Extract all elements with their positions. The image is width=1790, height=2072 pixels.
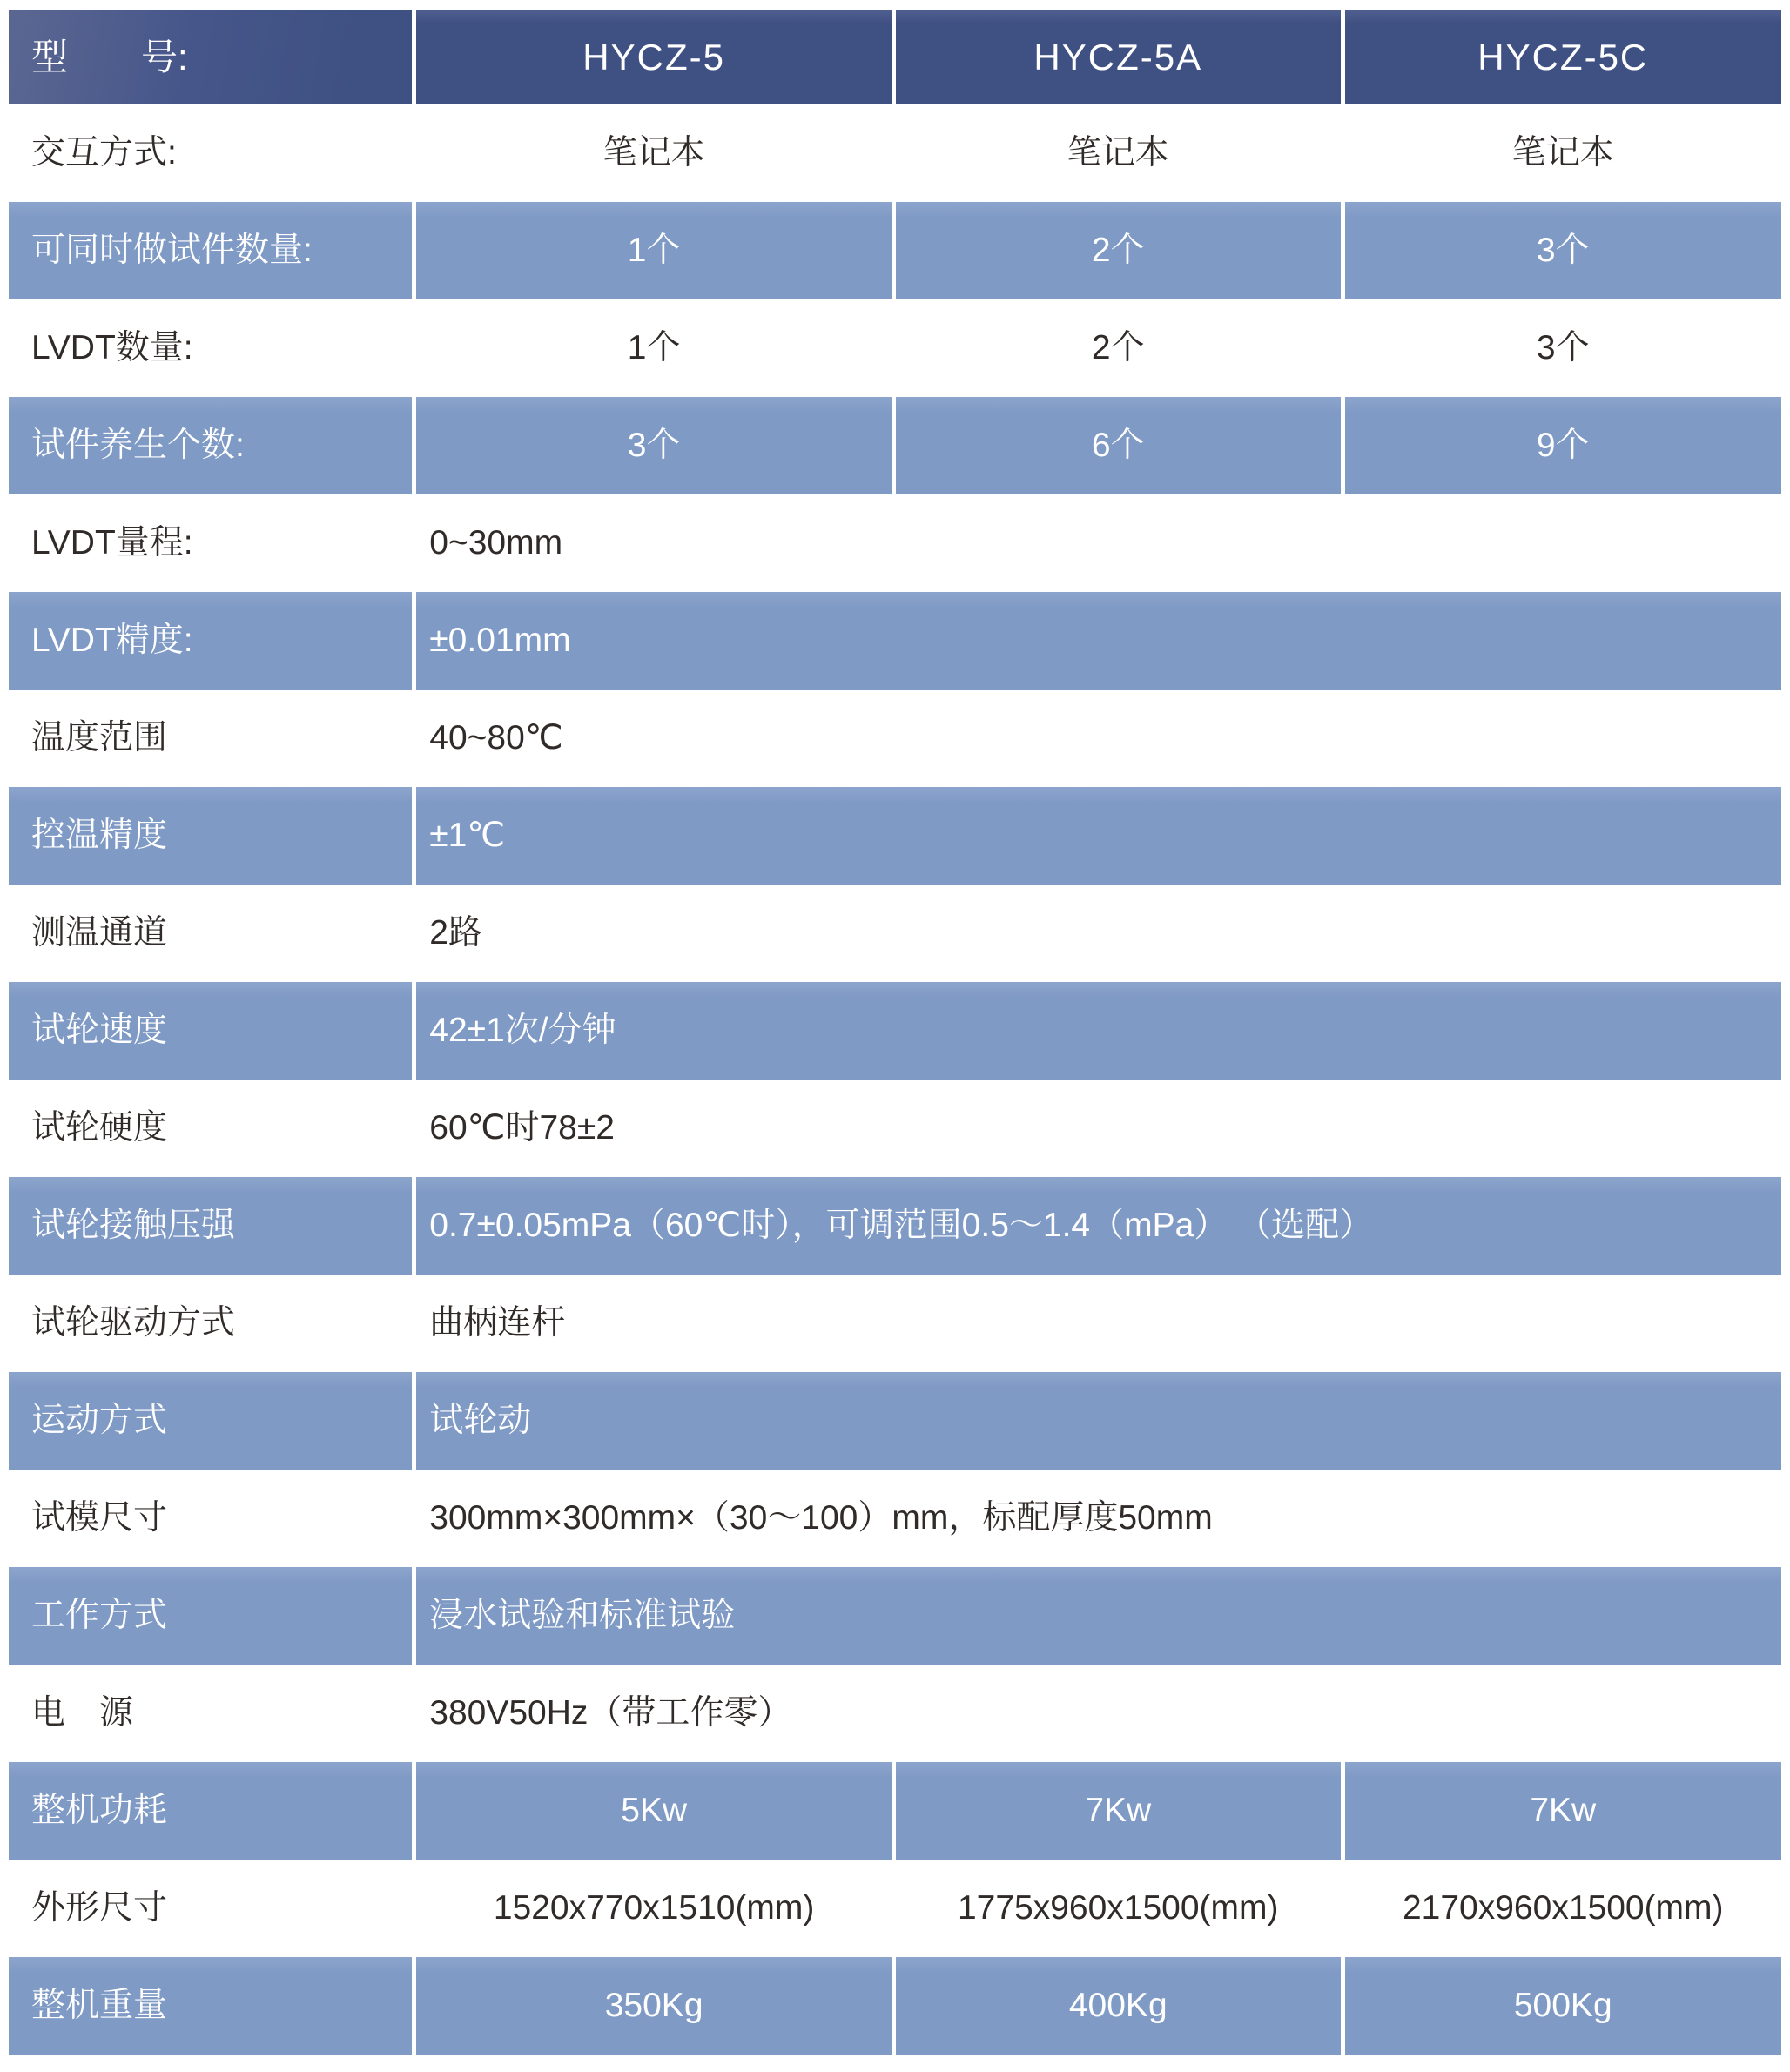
cell-value: 2170x960x1500(mm) [1345,1860,1781,1957]
spec-table: 型 号:HYCZ-5HYCZ-5AHYCZ-5C交互方式:笔记本笔记本笔记本可同… [9,10,1781,2055]
table-row: 工作方式浸水试验和标准试验 [9,1567,1781,1665]
table-row: 交互方式:笔记本笔记本笔记本 [9,104,1781,202]
cell-value: 0~30mm [416,494,1781,592]
table-row: 可同时做试件数量:1个2个3个 [9,202,1781,299]
cell-value: 300mm×300mm×（30～100）mm，标配厚度50mm [416,1470,1781,1567]
cell-value: 1520x770x1510(mm) [416,1860,892,1957]
cell-value: 40~80℃ [416,690,1781,787]
row-label: 可同时做试件数量: [9,202,412,299]
table-row: 整机重量350Kg400Kg500Kg [9,1957,1781,2055]
cell-value: ±1℃ [416,787,1781,885]
row-label: 试轮接触压强 [9,1177,412,1275]
table-row: 控温精度±1℃ [9,787,1781,885]
row-label: 运动方式 [9,1372,412,1470]
row-label: 工作方式 [9,1567,412,1665]
table-row: 整机功耗5Kw7Kw7Kw [9,1762,1781,1860]
row-label: 整机功耗 [9,1762,412,1860]
row-label: LVDT精度: [9,592,412,690]
cell-value: 曲柄连杆 [416,1275,1781,1372]
cell-value: 1775x960x1500(mm) [896,1860,1341,1957]
table-row: LVDT精度:±0.01mm [9,592,1781,690]
cell-value: 2路 [416,885,1781,982]
model-column-header: HYCZ-5C [1345,10,1781,104]
row-label: 交互方式: [9,104,412,202]
row-label: 测温通道 [9,885,412,982]
row-label: 试轮硬度 [9,1080,412,1177]
row-label: 试轮驱动方式 [9,1275,412,1372]
row-label: 控温精度 [9,787,412,885]
cell-value: 2个 [896,299,1341,397]
cell-value: 7Kw [1345,1762,1781,1860]
cell-value: 6个 [896,397,1341,494]
cell-value: 400Kg [896,1957,1341,2055]
table-row: 试件养生个数:3个6个9个 [9,397,1781,494]
cell-value: 380V50Hz（带工作零） [416,1665,1781,1762]
cell-value: 0.7±0.05mPa（60℃时），可调范围0.5～1.4（mPa） （选配） [416,1177,1781,1275]
cell-value: ±0.01mm [416,592,1781,690]
cell-value: 7Kw [896,1762,1341,1860]
model-row-label: 型 号: [9,10,412,104]
table-row: 运动方式试轮动 [9,1372,1781,1470]
table-row: 试轮接触压强0.7±0.05mPa（60℃时），可调范围0.5～1.4（mPa）… [9,1177,1781,1275]
row-label: LVDT量程: [9,494,412,592]
table-row: 温度范围40~80℃ [9,690,1781,787]
cell-value: 350Kg [416,1957,892,2055]
row-label: 电 源 [9,1665,412,1762]
cell-value: 3个 [416,397,892,494]
table-row: LVDT数量:1个2个3个 [9,299,1781,397]
cell-value: 3个 [1345,202,1781,299]
row-label: 外形尺寸 [9,1860,412,1957]
cell-value: 9个 [1345,397,1781,494]
table-row: 试轮硬度60℃时78±2 [9,1080,1781,1177]
cell-value: 笔记本 [416,104,892,202]
row-label: 试轮速度 [9,982,412,1080]
table-row: 电 源380V50Hz（带工作零） [9,1665,1781,1762]
table-row: 试轮速度42±1次/分钟 [9,982,1781,1080]
cell-value: 1个 [416,202,892,299]
model-column-header: HYCZ-5A [896,10,1341,104]
cell-value: 1个 [416,299,892,397]
row-label: LVDT数量: [9,299,412,397]
table-row: 试模尺寸300mm×300mm×（30～100）mm，标配厚度50mm [9,1470,1781,1567]
table-row: LVDT量程:0~30mm [9,494,1781,592]
row-label: 试模尺寸 [9,1470,412,1567]
cell-value: 5Kw [416,1762,892,1860]
row-label: 温度范围 [9,690,412,787]
cell-value: 试轮动 [416,1372,1781,1470]
model-column-header: HYCZ-5 [416,10,892,104]
table-row: 外形尺寸1520x770x1510(mm)1775x960x1500(mm)21… [9,1860,1781,1957]
cell-value: 笔记本 [1345,104,1781,202]
cell-value: 500Kg [1345,1957,1781,2055]
row-label: 整机重量 [9,1957,412,2055]
cell-value: 60℃时78±2 [416,1080,1781,1177]
table-row: 试轮驱动方式曲柄连杆 [9,1275,1781,1372]
cell-value: 浸水试验和标准试验 [416,1567,1781,1665]
cell-value: 42±1次/分钟 [416,982,1781,1080]
cell-value: 笔记本 [896,104,1341,202]
table-row: 测温通道2路 [9,885,1781,982]
header-row: 型 号:HYCZ-5HYCZ-5AHYCZ-5C [9,10,1781,104]
row-label: 试件养生个数: [9,397,412,494]
cell-value: 2个 [896,202,1341,299]
cell-value: 3个 [1345,299,1781,397]
